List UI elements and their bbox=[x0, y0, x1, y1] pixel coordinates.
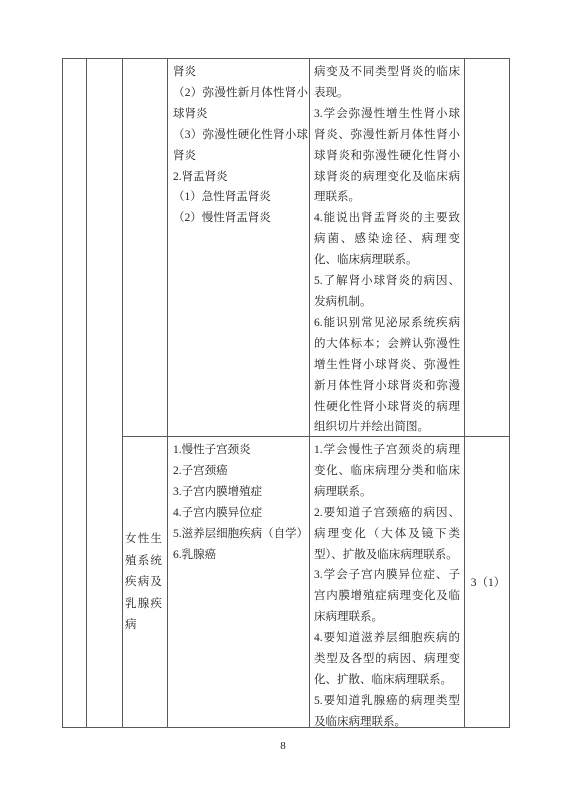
objective-item: 4.要知道滋养层细胞疾病的类型及各型的病因、病理变化、扩散、临床病理联系。 bbox=[314, 628, 460, 691]
disease-item: （2）慢性肾盂肾炎 bbox=[173, 208, 308, 229]
disease-item: 5.滋养层细胞疾病（自学） bbox=[173, 524, 308, 545]
disease-item: 6.乳腺癌 bbox=[173, 545, 308, 566]
disease-item: 肾炎 bbox=[173, 62, 308, 83]
objective-item: 3.学会子宫内膜异位症、子宫内膜增殖症病理变化及临床病理联系。 bbox=[314, 565, 460, 628]
syllabus-table: 女性生殖系统疾病及乳腺疾病 肾炎（2）弥漫性新月体性肾小球肾炎（3）弥漫性硬化性… bbox=[62, 58, 510, 728]
objective-item: 5.要知道乳腺癌的病理类型及临床病理联系。 bbox=[314, 691, 460, 729]
page-number: 8 bbox=[0, 740, 566, 752]
objective-item: 病变及不同类型肾炎的临床表现。 bbox=[314, 62, 460, 104]
objectives-cell-row1: 病变及不同类型肾炎的临床表现。3.学会弥漫性增生性肾小球肾炎、弥漫性新月体性肾小… bbox=[310, 59, 464, 436]
category-label: 女性生殖系统疾病及乳腺疾病 bbox=[125, 529, 165, 637]
objective-item: 5.了解肾小球肾炎的病因、发病机制。 bbox=[314, 271, 460, 313]
objective-item: 1.学会慢性子宫颈炎的病理变化、临床病理分类和临床病理联系。 bbox=[314, 440, 460, 503]
disease-item: （3）弥漫性硬化性肾小球肾炎 bbox=[173, 125, 308, 167]
disease-item: （1）急性肾盂肾炎 bbox=[173, 187, 308, 208]
hours-cell-row2: 3（1） bbox=[465, 437, 511, 729]
category-cell-row2: 女性生殖系统疾病及乳腺疾病 bbox=[123, 437, 167, 729]
diseases-cell-row2: 1.慢性子宫颈炎2.子宫颈癌3.子宫内膜增殖症4.子宫内膜异位症5.滋养层细胞疾… bbox=[168, 437, 309, 729]
diseases-cell-row1: 肾炎（2）弥漫性新月体性肾小球肾炎（3）弥漫性硬化性肾小球肾炎2.肾盂肾炎（1）… bbox=[168, 59, 309, 436]
objective-item: 2.要知道子宫颈癌的病因、病理变化（大体及镜下类型）、扩散及临床病理联系。 bbox=[314, 503, 460, 566]
objective-item: 4.能说出肾盂肾炎的主要致病菌、感染途径、病理变化、临床病理联系。 bbox=[314, 208, 460, 271]
table-border-vertical-1 bbox=[86, 59, 87, 727]
disease-item: 2.子宫颈癌 bbox=[173, 461, 308, 482]
disease-item: 4.子宫内膜异位症 bbox=[173, 503, 308, 524]
document-page: 女性生殖系统疾病及乳腺疾病 肾炎（2）弥漫性新月体性肾小球肾炎（3）弥漫性硬化性… bbox=[0, 0, 566, 800]
disease-item: 2.肾盂肾炎 bbox=[173, 167, 308, 188]
hours-value: 3（1） bbox=[471, 573, 506, 594]
disease-item: （2）弥漫性新月体性肾小球肾炎 bbox=[173, 83, 308, 125]
objective-item: 6.能识别常见泌尿系统疾病的大体标本；会辨认弥漫性增生性肾小球肾炎、弥漫性新月体… bbox=[314, 313, 460, 436]
objective-item: 3.学会弥漫性增生性肾小球肾炎、弥漫性新月体性肾小球肾炎和弥漫性硬化性肾小球肾炎… bbox=[314, 104, 460, 209]
objectives-cell-row2: 1.学会慢性子宫颈炎的病理变化、临床病理分类和临床病理联系。2.要知道子宫颈癌的… bbox=[310, 437, 464, 729]
disease-item: 3.子宫内膜增殖症 bbox=[173, 482, 308, 503]
disease-item: 1.慢性子宫颈炎 bbox=[173, 440, 308, 461]
